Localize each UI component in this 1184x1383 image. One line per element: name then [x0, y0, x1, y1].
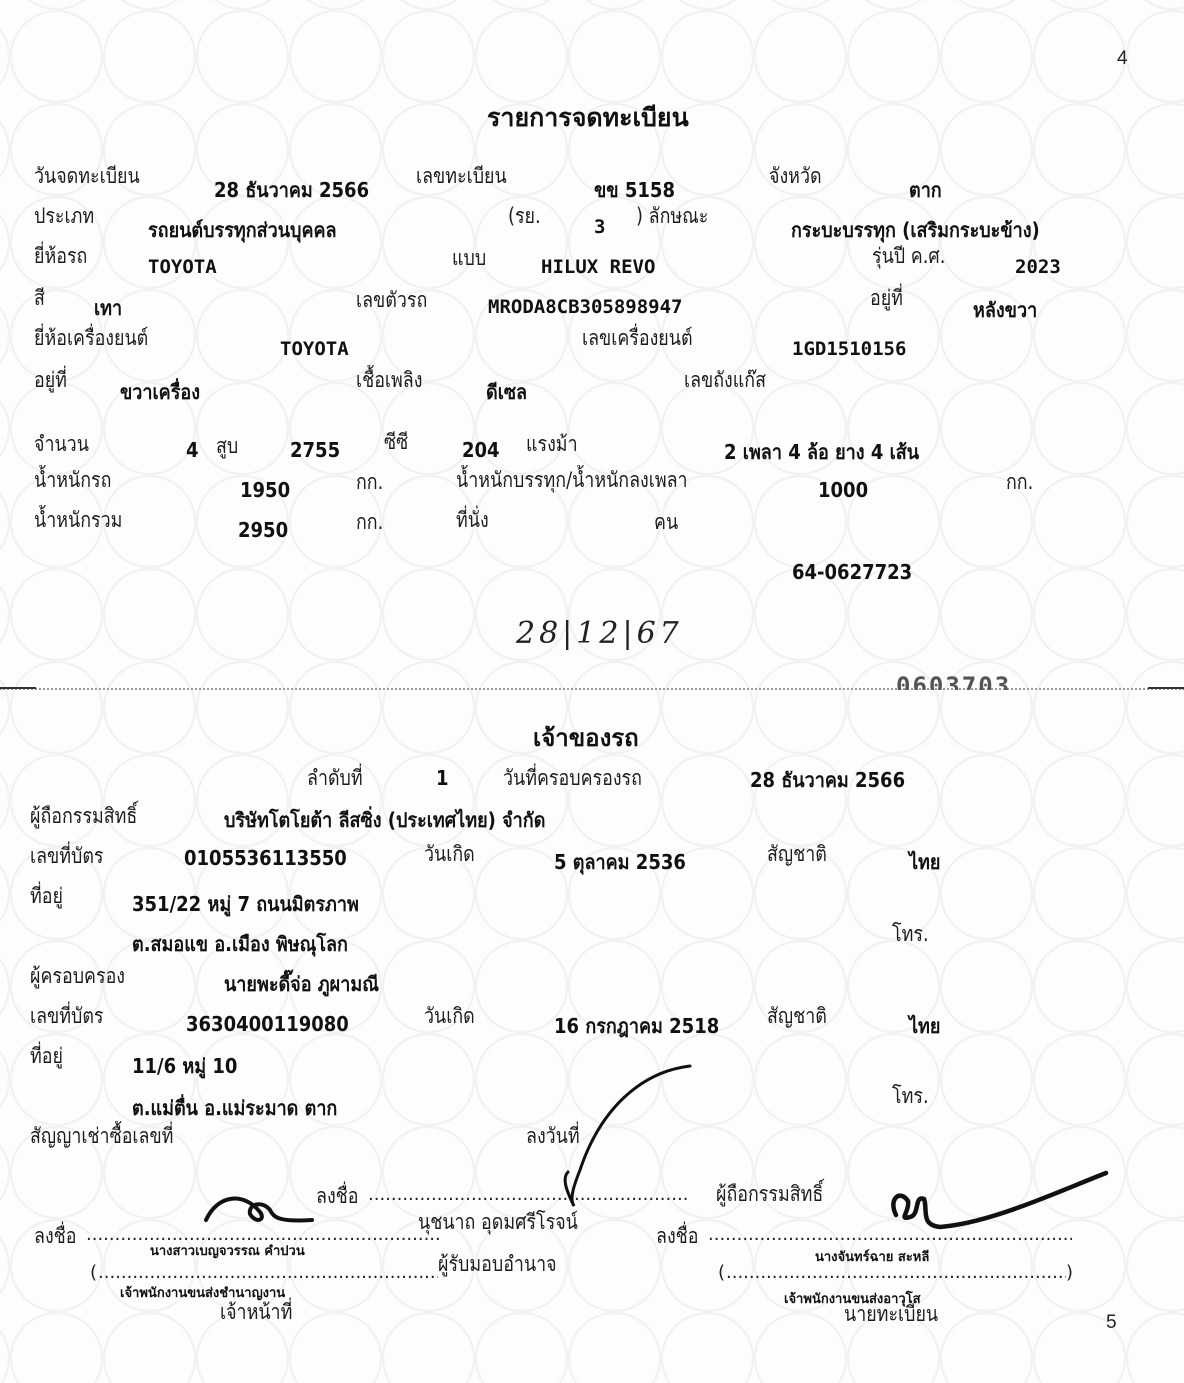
serial-stamp: 0603703: [896, 672, 1011, 690]
engine-brand-value: TOYOTA: [280, 338, 349, 360]
holder-name: บริษัทโตโยต้า ลีสซิ่ง (ประเทศไทย) จำกัด: [224, 804, 545, 836]
holder-dob-label: วันเกิด: [424, 838, 475, 871]
weight-value: 1950: [240, 478, 290, 502]
officer-name: นางสาวเบญจวรรณ คำปวน: [150, 1240, 305, 1261]
holder-dob-value: 5 ตุลาคม 2536: [554, 846, 686, 878]
order-value: 1: [436, 766, 449, 790]
holder-id-value: 0105536113550: [184, 846, 347, 870]
possessor-address-label: ที่อยู่: [30, 1040, 63, 1073]
officer-paren-open: (: [90, 1262, 97, 1283]
vin-location-label: อยู่ที่: [870, 282, 903, 315]
engine-brand-label: ยี่ห้อเครื่องยนต์: [34, 322, 148, 355]
order-label: ลำดับที่: [307, 762, 363, 795]
province-label: จังหวัด: [769, 160, 822, 193]
year-value: 2023: [1015, 256, 1061, 278]
ry-value: 3: [594, 216, 605, 238]
year-label: รุ่นปี ค.ศ.: [872, 240, 945, 273]
engine-no-label: เลขเครื่องยนต์: [582, 322, 693, 355]
type-value: รถยนต์บรรทุกส่วนบุคคล: [148, 214, 337, 246]
page-number-bottom: 5: [1106, 1312, 1117, 1334]
seats-unit: คน: [654, 506, 678, 539]
axles-wheels-value: 2 เพลา 4 ล้อ ยาง 4 เส้น: [724, 436, 919, 468]
possessor-tel-label: โทร.: [892, 1080, 929, 1113]
model-label: แบบ: [452, 242, 486, 275]
possessor-nationality-label: สัญชาติ: [767, 1000, 827, 1033]
plate-label: เลขทะเบียน: [416, 160, 507, 193]
cc-value: 2755: [290, 438, 340, 462]
cc-unit: ซีซี: [384, 426, 408, 459]
handwritten-date: 28|12|67: [516, 616, 683, 651]
holder-address-line1: 351/22 หมู่ 7 ถนนมิตรภาพ: [132, 888, 359, 920]
registrar-sign-label: ลงชื่อ: [656, 1220, 699, 1253]
vin-value: MRODA8CB305898947: [488, 296, 682, 318]
total-weight-label: น้ำหนักรวม: [34, 504, 122, 537]
holder-label: ผู้ถือกรรมสิทธิ์: [30, 800, 137, 833]
officer-role: เจ้าหน้าที่: [220, 1296, 292, 1329]
load-value: 1000: [818, 478, 868, 502]
holder-nationality-value: ไทย: [909, 846, 940, 878]
possession-date-label: วันที่ครอบครองรถ: [503, 762, 642, 795]
possessor-nationality-value: ไทย: [909, 1010, 940, 1042]
possessor-dob-label: วันเกิด: [424, 1000, 475, 1033]
fuel-value: ดีเซล: [486, 376, 527, 408]
vin-location-value: หลังขวา: [973, 294, 1037, 326]
model-value: HILUX REVO: [541, 256, 655, 278]
engine-location-value: ขวาเครื่อง: [120, 376, 200, 408]
document-number: 64-0627723: [792, 560, 912, 584]
possessor-address-line1: 11/6 หมู่ 10: [132, 1050, 237, 1082]
cylinders-unit: สูบ: [216, 430, 238, 463]
registrar-paren-open: (: [718, 1262, 725, 1283]
brand-value: TOYOTA: [148, 256, 217, 278]
hp-unit: แรงม้า: [526, 428, 578, 461]
weight-label: น้ำหนักรถ: [34, 464, 111, 497]
holder-signer-subrole: ผู้รับมอบอำนาจ: [438, 1248, 557, 1281]
registration-title: รายการจดทะเบียน: [487, 98, 689, 138]
holder-address-line2: ต.สมอแข อ.เมือง พิษณุโลก: [132, 928, 348, 960]
possessor-name: นายพะดี๊จ่อ ภูผามณี: [224, 968, 379, 1000]
style-label: ) ลักษณะ: [636, 200, 708, 233]
brand-label: ยี่ห้อรถ: [34, 240, 87, 273]
possession-date-value: 28 ธันวาคม 2566: [750, 764, 905, 796]
holder-sign-role: ผู้ถือกรรมสิทธิ์: [716, 1178, 823, 1211]
lease-contract-label: สัญญาเช่าซื้อเลขที่: [30, 1120, 173, 1153]
officer-signature-stroke: [200, 1190, 320, 1230]
officer-paren-dots: ........................................…: [98, 1262, 438, 1283]
fuel-label: เชื้อเพลิง: [356, 364, 422, 397]
total-weight-unit: กก.: [356, 506, 383, 539]
total-weight-value: 2950: [238, 518, 288, 542]
count-label: จำนวน: [34, 428, 89, 461]
possessor-dob-value: 16 กรกฎาคม 2518: [554, 1010, 719, 1042]
holder-sign-label: ลงชื่อ: [316, 1180, 359, 1213]
divider-left-mark: [0, 687, 36, 689]
reg-date-value: 28 ธันวาคม 2566: [214, 174, 369, 206]
type-label: ประเภท: [34, 200, 94, 233]
holder-id-label: เลขที่บัตร: [30, 840, 104, 873]
gas-tank-label: เลขถังแก๊ส: [684, 364, 766, 397]
load-unit: กก.: [1006, 466, 1033, 499]
possessor-id-value: 3630400119080: [186, 1012, 349, 1036]
holder-nationality-label: สัญชาติ: [767, 838, 827, 871]
engine-location-label: อยู่ที่: [34, 364, 67, 397]
owner-title: เจ้าของรถ: [533, 718, 639, 757]
officer-sign-label: ลงชื่อ: [34, 1220, 77, 1253]
province-value: ตาก: [909, 174, 942, 206]
registrar-paren-close: ): [1066, 1262, 1073, 1283]
possessor-id-label: เลขที่บัตร: [30, 1000, 104, 1033]
load-label: น้ำหนักบรรทุก/น้ำหนักลงเพลา: [456, 464, 688, 497]
registrar-role: นายทะเบียน: [844, 1298, 938, 1331]
possessor-label: ผู้ครอบครอง: [30, 960, 125, 993]
divider-right-mark: [1148, 687, 1184, 689]
holder-address-label: ที่อยู่: [30, 880, 63, 913]
weight-unit: กก.: [356, 466, 383, 499]
engine-no-value: 1GD1510156: [792, 338, 906, 360]
registrar-signature-stroke: [880, 1165, 1120, 1245]
cylinders-value: 4: [186, 438, 199, 462]
holder-signature-stroke: [520, 1060, 720, 1210]
color-value: เทา: [94, 292, 122, 324]
reg-date-label: วันจดทะเบียน: [34, 160, 140, 193]
registrar-paren-dots: ........................................…: [726, 1262, 1066, 1283]
vin-label: เลขตัวรถ: [356, 284, 427, 317]
seats-label: ที่นั่ง: [456, 504, 489, 537]
holder-tel-label: โทร.: [892, 918, 929, 951]
color-label: สี: [34, 282, 45, 315]
page-number-top: 4: [1117, 48, 1128, 70]
ry-label: (รย.: [508, 200, 541, 233]
hp-value: 204: [462, 438, 500, 462]
